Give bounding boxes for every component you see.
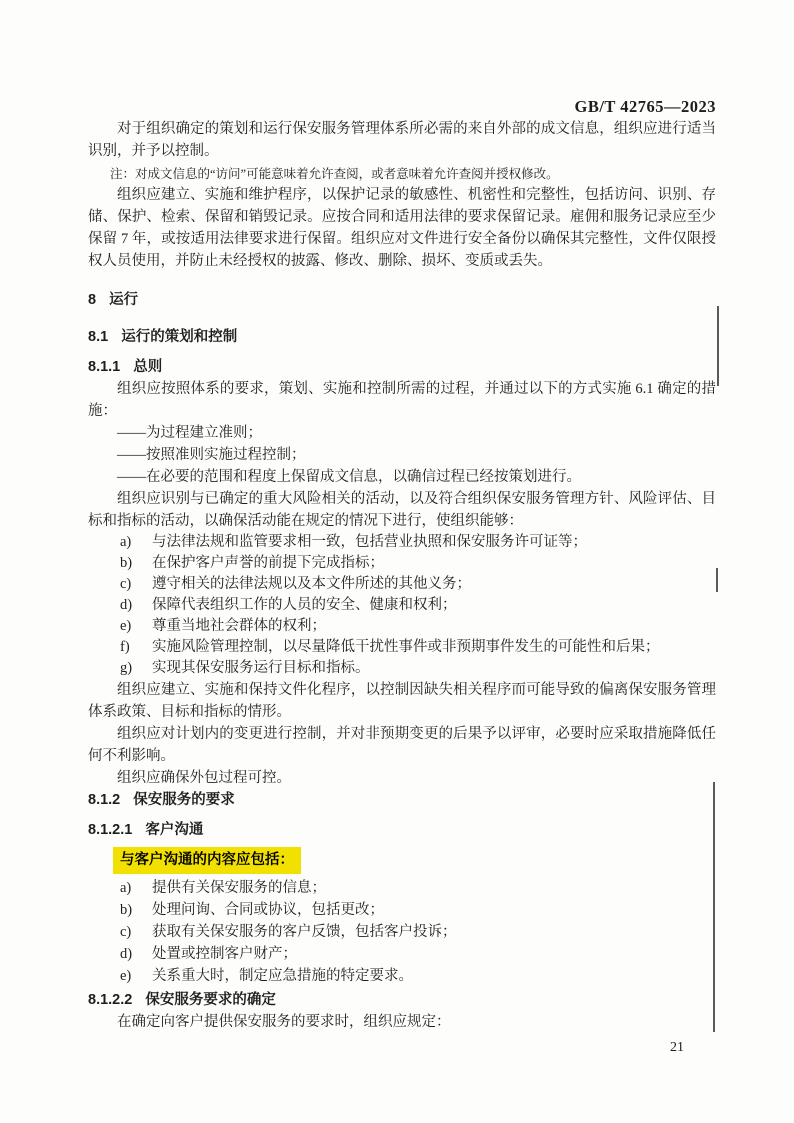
clause-title: 客户沟通 (145, 822, 203, 838)
paragraph-identify: 组织应识别与已确定的重大风险相关的活动，以及符合组织保安服务管理方针、风险评估、… (88, 488, 716, 532)
clause-number: 8.1.2.2 (88, 992, 132, 1008)
clause-number: 8.1.2.1 (88, 822, 132, 838)
list-item-text: 实现其保安服务运行目标和指标。 (152, 658, 716, 679)
doc-code: GB/T 42765—2023 (88, 96, 716, 118)
dash-list-item: ——在必要的范围和程度上保留成文信息，以确信过程已经按策划进行。 (88, 466, 716, 488)
clause-title: 保安服务要求的确定 (145, 992, 276, 1008)
revision-mark (717, 306, 719, 386)
clause-8-1-2-2-heading: 8.1.2.2保安服务要求的确定 (88, 989, 716, 1011)
list-item-label: a) (120, 532, 152, 553)
highlighted-line: 与客户沟通的内容应包括： (88, 847, 716, 874)
clause-number: 8.1.1 (88, 359, 120, 375)
list-item-text: 保障代表组织工作的人员的安全、健康和权利； (152, 595, 716, 616)
list-item: e)关系重大时，制定应急措施的特定要求。 (88, 965, 716, 987)
dash-list-item: ——按照准则实施过程控制； (88, 444, 716, 466)
page-number: 21 (670, 1038, 684, 1058)
revision-mark (713, 782, 715, 1032)
clause-8-1-1-heading: 8.1.1总则 (88, 356, 716, 378)
list-item: g)实现其保安服务运行目标和指标。 (88, 658, 716, 679)
list-item-label: d) (120, 943, 152, 965)
clause-title: 运行的策划和控制 (121, 329, 237, 345)
list-item-text: 提供有关保安服务的信息； (152, 877, 716, 899)
list-item-text: 在保护客户声誉的前提下完成指标； (152, 553, 716, 574)
list-item-label: a) (120, 877, 152, 899)
list-item-text: 遵守相关的法律法规以及本文件所述的其他义务； (152, 574, 716, 595)
list-item-label: e) (120, 965, 152, 987)
paragraph-external-info: 对于组织确定的策划和运行保安服务管理体系所必需的来自外部的成文信息，组织应进行适… (88, 118, 716, 162)
list-item: d)处置或控制客户财产； (88, 943, 716, 965)
clause-title: 总则 (133, 359, 162, 375)
list-item: a)与法律法规和监管要求相一致，包括营业执照和保安服务许可证等； (88, 532, 716, 553)
list-item-label: b) (120, 553, 152, 574)
clause-title: 保安服务的要求 (133, 792, 235, 808)
list-item-text: 获取有关保安服务的客户反馈，包括客户投诉； (152, 921, 716, 943)
list-item-label: b) (120, 899, 152, 921)
clause-8-1-2-1-heading: 8.1.2.1客户沟通 (88, 819, 716, 841)
list-item-label: d) (120, 595, 152, 616)
list-item: b)在保护客户声誉的前提下完成指标； (88, 553, 716, 574)
dash-list-item: ——为过程建立准则； (88, 422, 716, 444)
revision-mark (716, 568, 718, 592)
list-item-label: e) (120, 616, 152, 637)
clause-number: 8 (88, 292, 96, 308)
paragraph-outsourcing: 组织应确保外包过程可控。 (88, 767, 716, 789)
clause-title: 运行 (109, 292, 138, 308)
clause-number: 8.1 (88, 329, 108, 345)
list-item: c)遵守相关的法律法规以及本文件所述的其他义务； (88, 574, 716, 595)
paragraph-documented-procedures: 组织应建立、实施和保持文件化程序，以控制因缺失相关程序而可能导致的偏离保安服务管… (88, 679, 716, 723)
paragraph-determine-requirements: 在确定向客户提供保安服务的要求时，组织应规定： (88, 1011, 716, 1033)
list-item-label: c) (120, 574, 152, 595)
highlight-text: 与客户沟通的内容应包括： (113, 847, 301, 874)
paragraph-process: 组织应按照体系的要求，策划、实施和控制所需的过程，并通过以下的方式实施 6.1 … (88, 378, 716, 422)
paragraph-records: 组织应建立、实施和维护程序，以保护记录的敏感性、机密性和完整性，包括访问、识别、… (88, 184, 716, 272)
list-item-text: 实施风险管理控制，以尽量降低干扰性事件或非预期事件发生的可能性和后果； (152, 637, 716, 658)
list-item-text: 尊重当地社会群体的权利； (152, 616, 716, 637)
list-item: f)实施风险管理控制，以尽量降低干扰性事件或非预期事件发生的可能性和后果； (88, 637, 716, 658)
list-item: c)获取有关保安服务的客户反馈，包括客户投诉； (88, 921, 716, 943)
document-page: GB/T 42765—2023 对于组织确定的策划和运行保安服务管理体系所必需的… (0, 0, 794, 1123)
list-item-text: 关系重大时，制定应急措施的特定要求。 (152, 965, 716, 987)
paragraph-change-control: 组织应对计划内的变更进行控制，并对非预期变更的后果予以评审，必要时应采取措施降低… (88, 723, 716, 767)
clause-8-1-heading: 8.1运行的策划和控制 (88, 326, 716, 348)
clause-8-1-2-heading: 8.1.2保安服务的要求 (88, 789, 716, 811)
list-item-label: f) (120, 637, 152, 658)
list-item: e)尊重当地社会群体的权利； (88, 616, 716, 637)
list-item: b)处理问询、合同或协议，包括更改； (88, 899, 716, 921)
clause-8-heading: 8运行 (88, 289, 716, 311)
list-item-label: g) (120, 658, 152, 679)
list-item-text: 与法律法规和监管要求相一致，包括营业执照和保安服务许可证等； (152, 532, 716, 553)
list-item: a)提供有关保安服务的信息； (88, 877, 716, 899)
clause-number: 8.1.2 (88, 792, 120, 808)
list-item-text: 处置或控制客户财产； (152, 943, 716, 965)
list-item: d)保障代表组织工作的人员的安全、健康和权利； (88, 595, 716, 616)
page-content: GB/T 42765—2023 对于组织确定的策划和运行保安服务管理体系所必需的… (88, 0, 716, 1033)
note-text: 注：对成文信息的“访问”可能意味着允许查阅，或者意味着允许查阅并授权修改。 (88, 165, 716, 184)
list-item-label: c) (120, 921, 152, 943)
list-item-text: 处理问询、合同或协议，包括更改； (152, 899, 716, 921)
